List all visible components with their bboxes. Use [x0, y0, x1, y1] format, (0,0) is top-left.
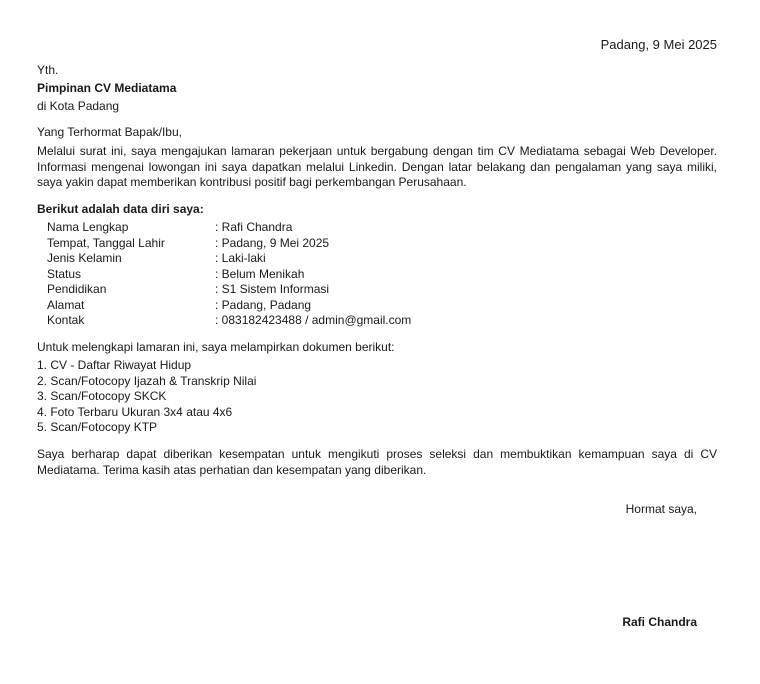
closing-salutation: Hormat saya, [626, 501, 697, 517]
attachment-item: 4. Foto Terbaru Ukuran 3x4 atau 4x6 [37, 405, 256, 421]
personal-data-value: : Rafi Chandra [215, 220, 411, 236]
attachment-item: 2. Scan/Fotocopy Ijazah & Transkrip Nila… [37, 374, 256, 390]
personal-data-row: Nama Lengkap: Rafi Chandra [47, 220, 411, 236]
personal-data-row: Tempat, Tanggal Lahir: Padang, 9 Mei 202… [47, 236, 411, 252]
recipient-location: di Kota Padang [37, 98, 176, 116]
personal-data-label: Status [47, 267, 215, 283]
personal-data-row: Pendidikan: S1 Sistem Informasi [47, 282, 411, 298]
personal-data-label: Alamat [47, 298, 215, 314]
attachment-item: 3. Scan/Fotocopy SKCK [37, 389, 256, 405]
personal-data-value: : Belum Menikah [215, 267, 411, 283]
personal-data-value: : S1 Sistem Informasi [215, 282, 411, 298]
personal-data-row: Status: Belum Menikah [47, 267, 411, 283]
greeting: Yang Terhormat Bapak/Ibu, [37, 124, 182, 140]
personal-data-label: Kontak [47, 313, 215, 329]
personal-data-value: : 083182423488 / admin@gmail.com [215, 313, 411, 329]
recipient-prefix: Yth. [37, 62, 176, 80]
personal-data-label: Pendidikan [47, 282, 215, 298]
personal-data-row: Alamat: Padang, Padang [47, 298, 411, 314]
personal-data-table: Nama Lengkap: Rafi ChandraTempat, Tangga… [47, 220, 411, 329]
closing-paragraph: Saya berharap dapat diberikan kesempatan… [37, 447, 717, 478]
attachments-list: 1. CV - Daftar Riwayat Hidup2. Scan/Foto… [37, 358, 256, 436]
personal-data-title: Berikut adalah data diri saya: [37, 201, 204, 217]
personal-data-value: : Laki-laki [215, 251, 411, 267]
personal-data-row: Kontak: 083182423488 / admin@gmail.com [47, 313, 411, 329]
signature-name: Rafi Chandra [622, 614, 697, 630]
personal-data-value: : Padang, Padang [215, 298, 411, 314]
personal-data-value: : Padang, 9 Mei 2025 [215, 236, 411, 252]
personal-data-row: Jenis Kelamin: Laki-laki [47, 251, 411, 267]
recipient-block: Yth. Pimpinan CV Mediatama di Kota Padan… [37, 62, 176, 116]
attachment-item: 1. CV - Daftar Riwayat Hidup [37, 358, 256, 374]
personal-data-label: Nama Lengkap [47, 220, 215, 236]
attachment-item: 5. Scan/Fotocopy KTP [37, 420, 256, 436]
place-date: Padang, 9 Mei 2025 [601, 37, 717, 53]
recipient-name: Pimpinan CV Mediatama [37, 80, 176, 98]
opening-paragraph: Melalui surat ini, saya mengajukan lamar… [37, 144, 717, 191]
attachments-intro: Untuk melengkapi lamaran ini, saya melam… [37, 339, 395, 355]
personal-data-label: Jenis Kelamin [47, 251, 215, 267]
personal-data-label: Tempat, Tanggal Lahir [47, 236, 215, 252]
